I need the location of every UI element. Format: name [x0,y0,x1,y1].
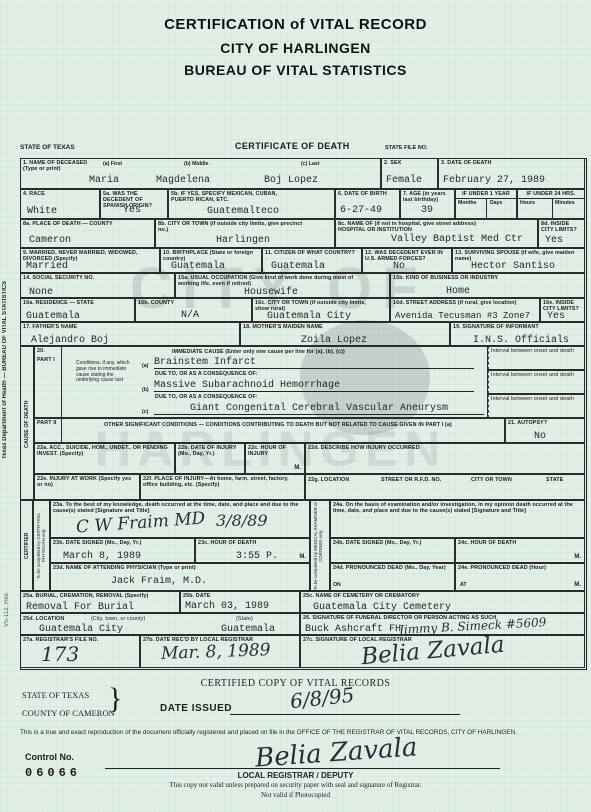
footer-state: STATE OF TEXAS [22,690,89,700]
field-23d: 23d. NAME OF ATTENDING PHYSICIAN (Type o… [50,563,310,591]
death-certificate-document: CITY OF HARLINGEN CERTIFICATION of VITAL… [0,0,591,812]
field-25c: 25c. NAME OF CEMETERY OR CREMATORY Guate… [300,591,585,613]
validity-line2: Not valid if Photocopied [0,791,591,799]
field-social-security: 14. SOCIAL SECURITY NO. None [20,273,175,298]
examiner-strip: To be completed by MEDICAL EXAMINER or C… [310,500,330,591]
field-25a: 25a. BURIAL, CREMATION, REMOVAL (Specify… [20,591,180,613]
date-received: Mar. 8, 1989 [161,640,271,664]
footer-brace: } [108,682,122,716]
field-25b: 25b. DATE March 03, 1989 [180,591,300,613]
conditions-note: Conditions, if any, which gave rise to i… [76,361,138,384]
field-27b: 27b. DATE REC'D BY LOCAL REGISTRAR Mar. … [140,635,300,668]
interval-a: Interval between onset and death [488,346,585,370]
field-22b: 22b. DATE OF INJURY (Mo., Day, Yr.) [175,443,245,474]
certificate-of-death-title: CERTIFICATE OF DEATH [235,141,350,151]
divider [486,198,487,219]
field-24e: 24e. PRONOUNCED DEAD (Hour) AT M. [455,563,585,591]
field-city-or-town: 8b. CITY OR TOWN (if outside city limits… [155,219,335,248]
field-kind-of-business: 15b. KIND OF BUSINESS OR INDUSTRY Home [390,273,585,298]
reproduction-statement: This is a true and exact reproduction of… [20,729,575,737]
state-file-no-label: STATE FILE NO. [385,145,428,151]
divider [552,198,553,219]
left-margin-agency-text: Texas Department of Health — BUREAU OF V… [2,160,8,580]
field-mothers-maiden-name: 18. MOTHER'S MAIDEN NAME Zoila Lopez [240,322,450,346]
field-24d: 24d. PRONOUNCED DEAD (Mo., Day, Year) ON [330,563,455,591]
field-age: 7. AGE (in years last birthday) 39 [400,189,455,219]
form-number-text: VS-112, Rev. [4,555,10,665]
interval-b: Interval between onset and death [488,370,585,394]
local-registrar-deputy-label: LOCAL REGISTRAR / DEPUTY [0,771,591,780]
field-22g: 22g. LOCATION STREET OR R.F.D. NO. CITY … [305,474,585,500]
state-of-texas-label: STATE OF TEXAS [20,144,75,151]
date-issued-label: DATE ISSUED [160,703,232,714]
part1-label-cell: 20. PART I [34,346,62,418]
part2-conditions: OTHER SIGNIFICANT CONDITIONS — CONDITION… [62,418,505,443]
date-issued-value: 6/8/95 [289,683,356,714]
field-22c: 22c. HOUR OF INJURY M. [245,443,305,474]
field-autopsy: 21. AUTOPSY? No [505,418,585,443]
interval-c: Interval between onset and death [488,394,585,418]
field-22e: 22e. INJURY AT WORK (Specify yes or no) [34,474,140,500]
field-residence-state: 16a. RESIDENCE — STATE Guatemala [20,298,135,322]
field-marital-status: 9. MARRIED, NEVER MARRIED, WIDOWED, DIVO… [20,248,160,273]
field-residence-county: 16b. COUNTY N/A [135,298,252,322]
doc-title-line3: BUREAU OF VITAL STATISTICS [0,62,591,78]
field-inside-city-limits-16e: 16e. INSIDE CITY LIMITS? Yes [540,298,585,322]
field-birthplace: 10. BIRTHPLACE (State or foreign country… [160,248,262,273]
field-specify-origin: 5b. IF YES, SPECIFY MEXICAN, CUBAN, PUER… [168,189,335,219]
field-usual-occupation: 15a. USUAL OCCUPATION (Give kind of work… [175,273,390,298]
registrar-signature-line [105,768,500,769]
signature-date: 3/8/89 [216,511,268,530]
footer-county: COUNTY OF CAMERON [22,708,115,718]
doc-title-line2: CITY OF HARLINGEN [0,40,591,56]
field-place-of-death-county: 8a. PLACE OF DEATH — COUNTY Cameron [20,219,155,248]
field-race: 4. RACE White [20,189,100,219]
field-22d: 22d. DESCRIBE HOW INJURY OCCURRED [305,443,585,474]
field-27a: 27a. REGISTRAR'S FILE NO. 173 [20,635,140,668]
cause-of-death-vertical-label: CAUSE OF DEATH [20,346,34,500]
control-no-value: 06066 [25,766,81,780]
field-street-address: 16d. STREET ADDRESS (if rural, give loca… [390,298,540,322]
field-spanish-origin: 5a. WAS THE DECEDENT OF SPANISH ORIGIN? … [100,189,168,219]
registrar-file-no: 173 [41,642,79,666]
cause-area: IMMEDIATE CAUSE (Enter only one cause pe… [62,346,488,418]
field-if-under-1-year: IF UNDER 1 YEAR Months Days [455,189,517,219]
date-issued-line [230,714,460,715]
field-24b: 24b. DATE SIGNED (Mo., Day, Yr.) [330,538,455,563]
footer-certified-title: CERTIFIED COPY OF VITAL RECORDS [0,678,591,689]
control-no-label: Control No. [25,752,74,762]
field-23a: 23a. To the best of my knowledge, death … [50,500,310,538]
field-24c: 24c. HOUR OF DEATH M. [455,538,585,563]
field-22a: 22a. ACC., SUICIDE, HOM., UNDET., OR PEN… [34,443,175,474]
field-26: 26. SIGNATURE OF FUNERAL DIRECTOR OR PER… [300,613,585,635]
field-residence-city: 16c. CITY OR TOWN (if outside city limit… [252,298,390,322]
field-sex: 2. SEX Female [381,158,438,189]
field-date-of-birth: 6. DATE OF BIRTH 6-27-49 [335,189,400,219]
field-signature-of-informant: 19. SIGNATURE OF INFORMANT I.N.S. Offici… [450,322,585,346]
field-citizen-of: 11. CITIZEN OF WHAT COUNTRY? Guatemala [262,248,362,273]
field-fathers-name: 17. FATHER'S NAME Alejandro Boj [20,322,240,346]
field-name-of-deceased: 1. NAME OF DECEASED (Type or print) (a) … [20,158,381,189]
field-23b: 23b. DATE SIGNED (Mo., Day, Yr.) March 8… [50,538,195,563]
field-inside-city-limits-8d: 8d. INSIDE CITY LIMITS? Yes [538,219,585,248]
certifier-vertical-label: CERTIFIER [20,500,33,591]
field-armed-forces: 12. WAS DECEDENT EVER IN U.S. ARMED FORC… [362,248,452,273]
field-surviving-spouse: 13. SURVIVING SPOUSE (if wife, give maid… [452,248,585,273]
field-hospital-or-institution: 8c. NAME OF (if not in hospital, give st… [335,219,538,248]
field-25d: 25d. LOCATION (City, town, or county) (S… [20,613,300,635]
doc-title-line1: CERTIFICATION of VITAL RECORD [0,16,591,33]
validity-line1: This copy not valid unless prepared on s… [0,781,591,789]
field-24a: 24a. On the basis of examination and/or … [330,500,585,538]
field-22f: 22f. PLACE OF INJURY—At home, farm, stre… [140,474,305,500]
field-date-of-death: 3. DATE OF DEATH February 27, 1989 [438,158,585,189]
field-23c: 23c. HOUR OF DEATH 3:55 P. M. [195,538,310,563]
part2-cell: PART II [34,418,62,443]
field-if-under-24-hrs: IF UNDER 24 HRS. Hours Minutes [517,189,585,219]
physician-strip: To be completed by CERTIFYING PHYSICIAN … [33,500,50,591]
field-27c: 27c. SIGNATURE OF LOCAL REGISTRAR Belia … [300,635,585,668]
